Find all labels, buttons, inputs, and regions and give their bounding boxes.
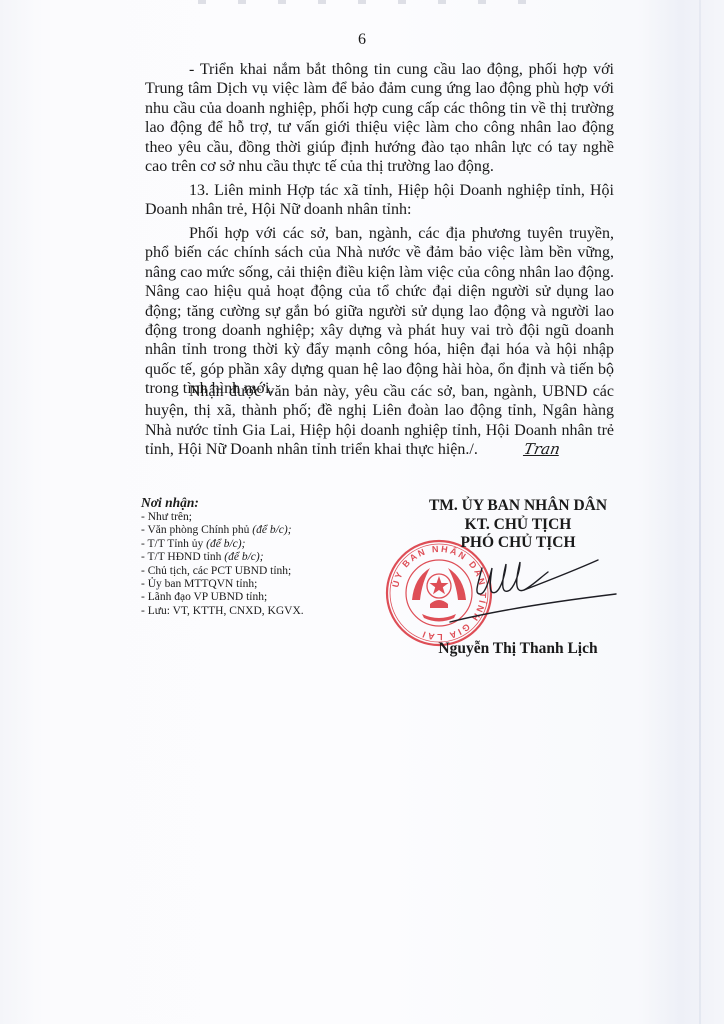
recipients-list: Nơi nhận: - Như trên; - Văn phòng Chính … [141, 495, 304, 618]
recipient-item: - Lãnh đạo VP UBND tỉnh; [141, 591, 304, 604]
signature-authority-line: KT. CHỦ TỊCH [400, 516, 636, 535]
previous-page-remnant [180, 0, 540, 4]
recipients-title: Nơi nhận: [141, 495, 304, 511]
page-number: 6 [0, 31, 724, 49]
signer-name: Nguyễn Thị Thanh Lịch [400, 640, 636, 658]
scan-edge-line [699, 0, 701, 1024]
recipient-item: - Lưu: VT, KTTH, CNXD, KGVX. [141, 605, 304, 618]
handwritten-signature-icon [420, 550, 620, 630]
signature-block: TM. ỦY BAN NHÂN DÂN KT. CHỦ TỊCH PHÓ CHỦ… [400, 497, 636, 553]
paragraph-section-13-heading: 13. Liên minh Hợp tác xã tỉnh, Hiệp hội … [145, 181, 614, 220]
paragraph-section-13-body: Phối hợp với các sở, ban, ngành, các địa… [145, 224, 614, 399]
signature-org-line: TM. ỦY BAN NHÂN DÂN [400, 497, 636, 516]
document-page: 6 - Triển khai nắm bắt thông tin cung cầ… [0, 0, 724, 1024]
recipient-item: - Văn phòng Chính phủ (để b/c); [141, 524, 304, 537]
handwritten-initials: Tran [478, 440, 561, 459]
recipient-item: - Chủ tịch, các PCT UBND tỉnh; [141, 565, 304, 578]
recipient-item: - T/T Tỉnh ủy (để b/c); [141, 538, 304, 551]
paragraph-labor-market: - Triển khai nắm bắt thông tin cung cầu … [145, 60, 614, 176]
recipient-item: - T/T HĐND tỉnh (để b/c); [141, 551, 304, 564]
paragraph-closing: Nhận được văn bản này, yêu cầu các sở, b… [145, 382, 614, 460]
recipient-item: - Ủy ban MTTQVN tỉnh; [141, 578, 304, 591]
recipient-item: - Như trên; [141, 511, 304, 524]
